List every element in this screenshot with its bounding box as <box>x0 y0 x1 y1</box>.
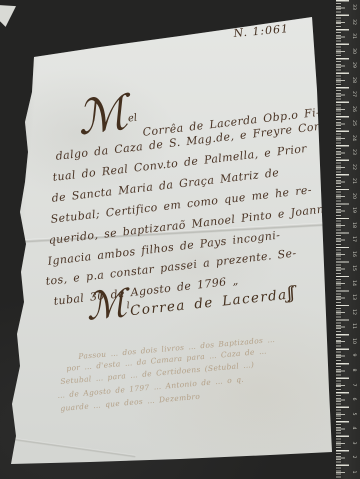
ruler-number: 33 <box>351 2 357 12</box>
ruler-number: 4 <box>351 423 357 433</box>
initial-letter: ℳ <box>73 85 130 146</box>
ruler-number: 27 <box>351 89 357 99</box>
ruler-number: 5 <box>351 409 357 419</box>
signature-initial: ℳl <box>84 280 132 328</box>
ruler-number: 3 <box>351 438 357 448</box>
ruler-number: 21 <box>351 176 357 186</box>
ruler-number: 9 <box>351 351 357 361</box>
manuscript-sheet: N. 1:066 N. 1:061 ℳel Corrêa de Lacerda … <box>0 0 360 479</box>
ruler-number: 15 <box>351 264 357 274</box>
ruler-number: 23 <box>351 147 357 157</box>
archive-number-right: N. 1:061 <box>233 22 290 40</box>
ruler-number: 19 <box>351 206 357 216</box>
measuring-ruler: 3332313029282726252423222120191817161514… <box>335 0 360 479</box>
ruler-number: 29 <box>351 60 357 70</box>
ruler-number: 11 <box>351 322 357 332</box>
ruler-number: 8 <box>351 365 357 375</box>
ruler-number: 12 <box>351 307 357 317</box>
ruler-number: 6 <box>351 394 357 404</box>
paper-fragment <box>0 3 20 29</box>
initial-superscript: el <box>127 112 138 124</box>
ruler-number: 32 <box>351 17 357 27</box>
ruler-number: 1 <box>351 467 357 477</box>
ruler-number: 17 <box>351 235 357 245</box>
ruler-number: 13 <box>351 293 357 303</box>
archive-number-left: N. 1:066 <box>74 31 131 49</box>
ruler-number: 31 <box>351 31 357 41</box>
signature-name: Correa de Lacerda <box>129 287 288 319</box>
ruler-number: 16 <box>351 249 357 259</box>
ruler-number: 10 <box>351 336 357 346</box>
manuscript-initial: ℳel <box>74 88 139 143</box>
fold-crease-bottom <box>6 437 135 458</box>
ruler-number: 30 <box>351 46 357 56</box>
ruler-numbers: 3332313029282726252423222120191817161514… <box>335 0 360 479</box>
ruler-number: 2 <box>351 452 357 462</box>
ruler-number: 22 <box>351 162 357 172</box>
signature-initial-letter: ℳ <box>84 281 129 329</box>
signature-rubric: ʃʃ <box>286 283 293 303</box>
ruler-number: 25 <box>351 118 357 128</box>
ruler-number: 7 <box>351 380 357 390</box>
ruler-number: 18 <box>351 220 357 230</box>
ruler-number: 24 <box>351 133 357 143</box>
ruler-number: 28 <box>351 75 357 85</box>
scan-background: N. 1:066 N. 1:061 ℳel Corrêa de Lacerda … <box>0 0 360 479</box>
ruler-number: 26 <box>351 104 357 114</box>
ruler-number: 14 <box>351 278 357 288</box>
ruler-number: 20 <box>351 191 357 201</box>
